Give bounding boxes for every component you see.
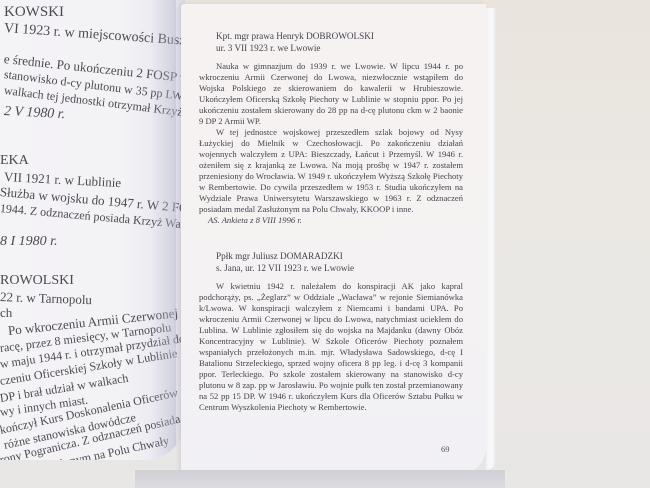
entry-heading-name: Kpt. mgr prawa Henryk DOBROWOLSKI bbox=[199, 30, 463, 42]
left-page-line: ch bbox=[0, 304, 12, 321]
entry-paragraph: W tej jednostce wojskowej przeszedłem sz… bbox=[199, 127, 463, 215]
entry-heading-birth: ur. 3 VII 1923 r. we Lwowie bbox=[199, 42, 463, 54]
book-bottom-shadow bbox=[135, 470, 505, 488]
right-page-text: Kpt. mgr prawa Henryk DOBROWOLSKI ur. 3 … bbox=[199, 30, 463, 413]
entry-heading-birth: s. Jana, ur. 12 VII 1923 r. we Lwowie bbox=[199, 262, 463, 274]
left-page-line: ROWOLSKI bbox=[0, 272, 74, 289]
biography-entry-dobrowolski: Kpt. mgr prawa Henryk DOBROWOLSKI ur. 3 … bbox=[199, 30, 463, 226]
entry-heading-name: Ppłk mgr Juliusz DOMARADZKI bbox=[199, 250, 463, 262]
left-page-line: 2 V 1980 r. bbox=[4, 103, 66, 123]
page-number: 69 bbox=[441, 444, 450, 454]
binding-shadow bbox=[150, 0, 176, 460]
entry-source-citation: AS. Ankieta z 8 VIII 1996 r. bbox=[199, 215, 463, 226]
left-page-line: 22 r. w Tarnopolu bbox=[0, 288, 92, 308]
page-edge bbox=[486, 8, 496, 470]
left-page-line: 8 I 1980 r. bbox=[0, 233, 58, 250]
left-page-line: EKA bbox=[0, 152, 29, 169]
entry-paragraph: W kwietniu 1942 r. należałem do konspira… bbox=[199, 281, 463, 413]
entry-paragraph: Nauka w gimnazjum do 1939 r. we Lwowie. … bbox=[199, 61, 463, 127]
left-page-line: KOWSKI bbox=[4, 4, 64, 21]
biography-entry-domaradzki: Ppłk mgr Juliusz DOMARADZKI s. Jana, ur.… bbox=[199, 250, 463, 413]
left-page: KOWSKIVI 1923 r. w miejscowości Buszcze … bbox=[0, 0, 185, 460]
